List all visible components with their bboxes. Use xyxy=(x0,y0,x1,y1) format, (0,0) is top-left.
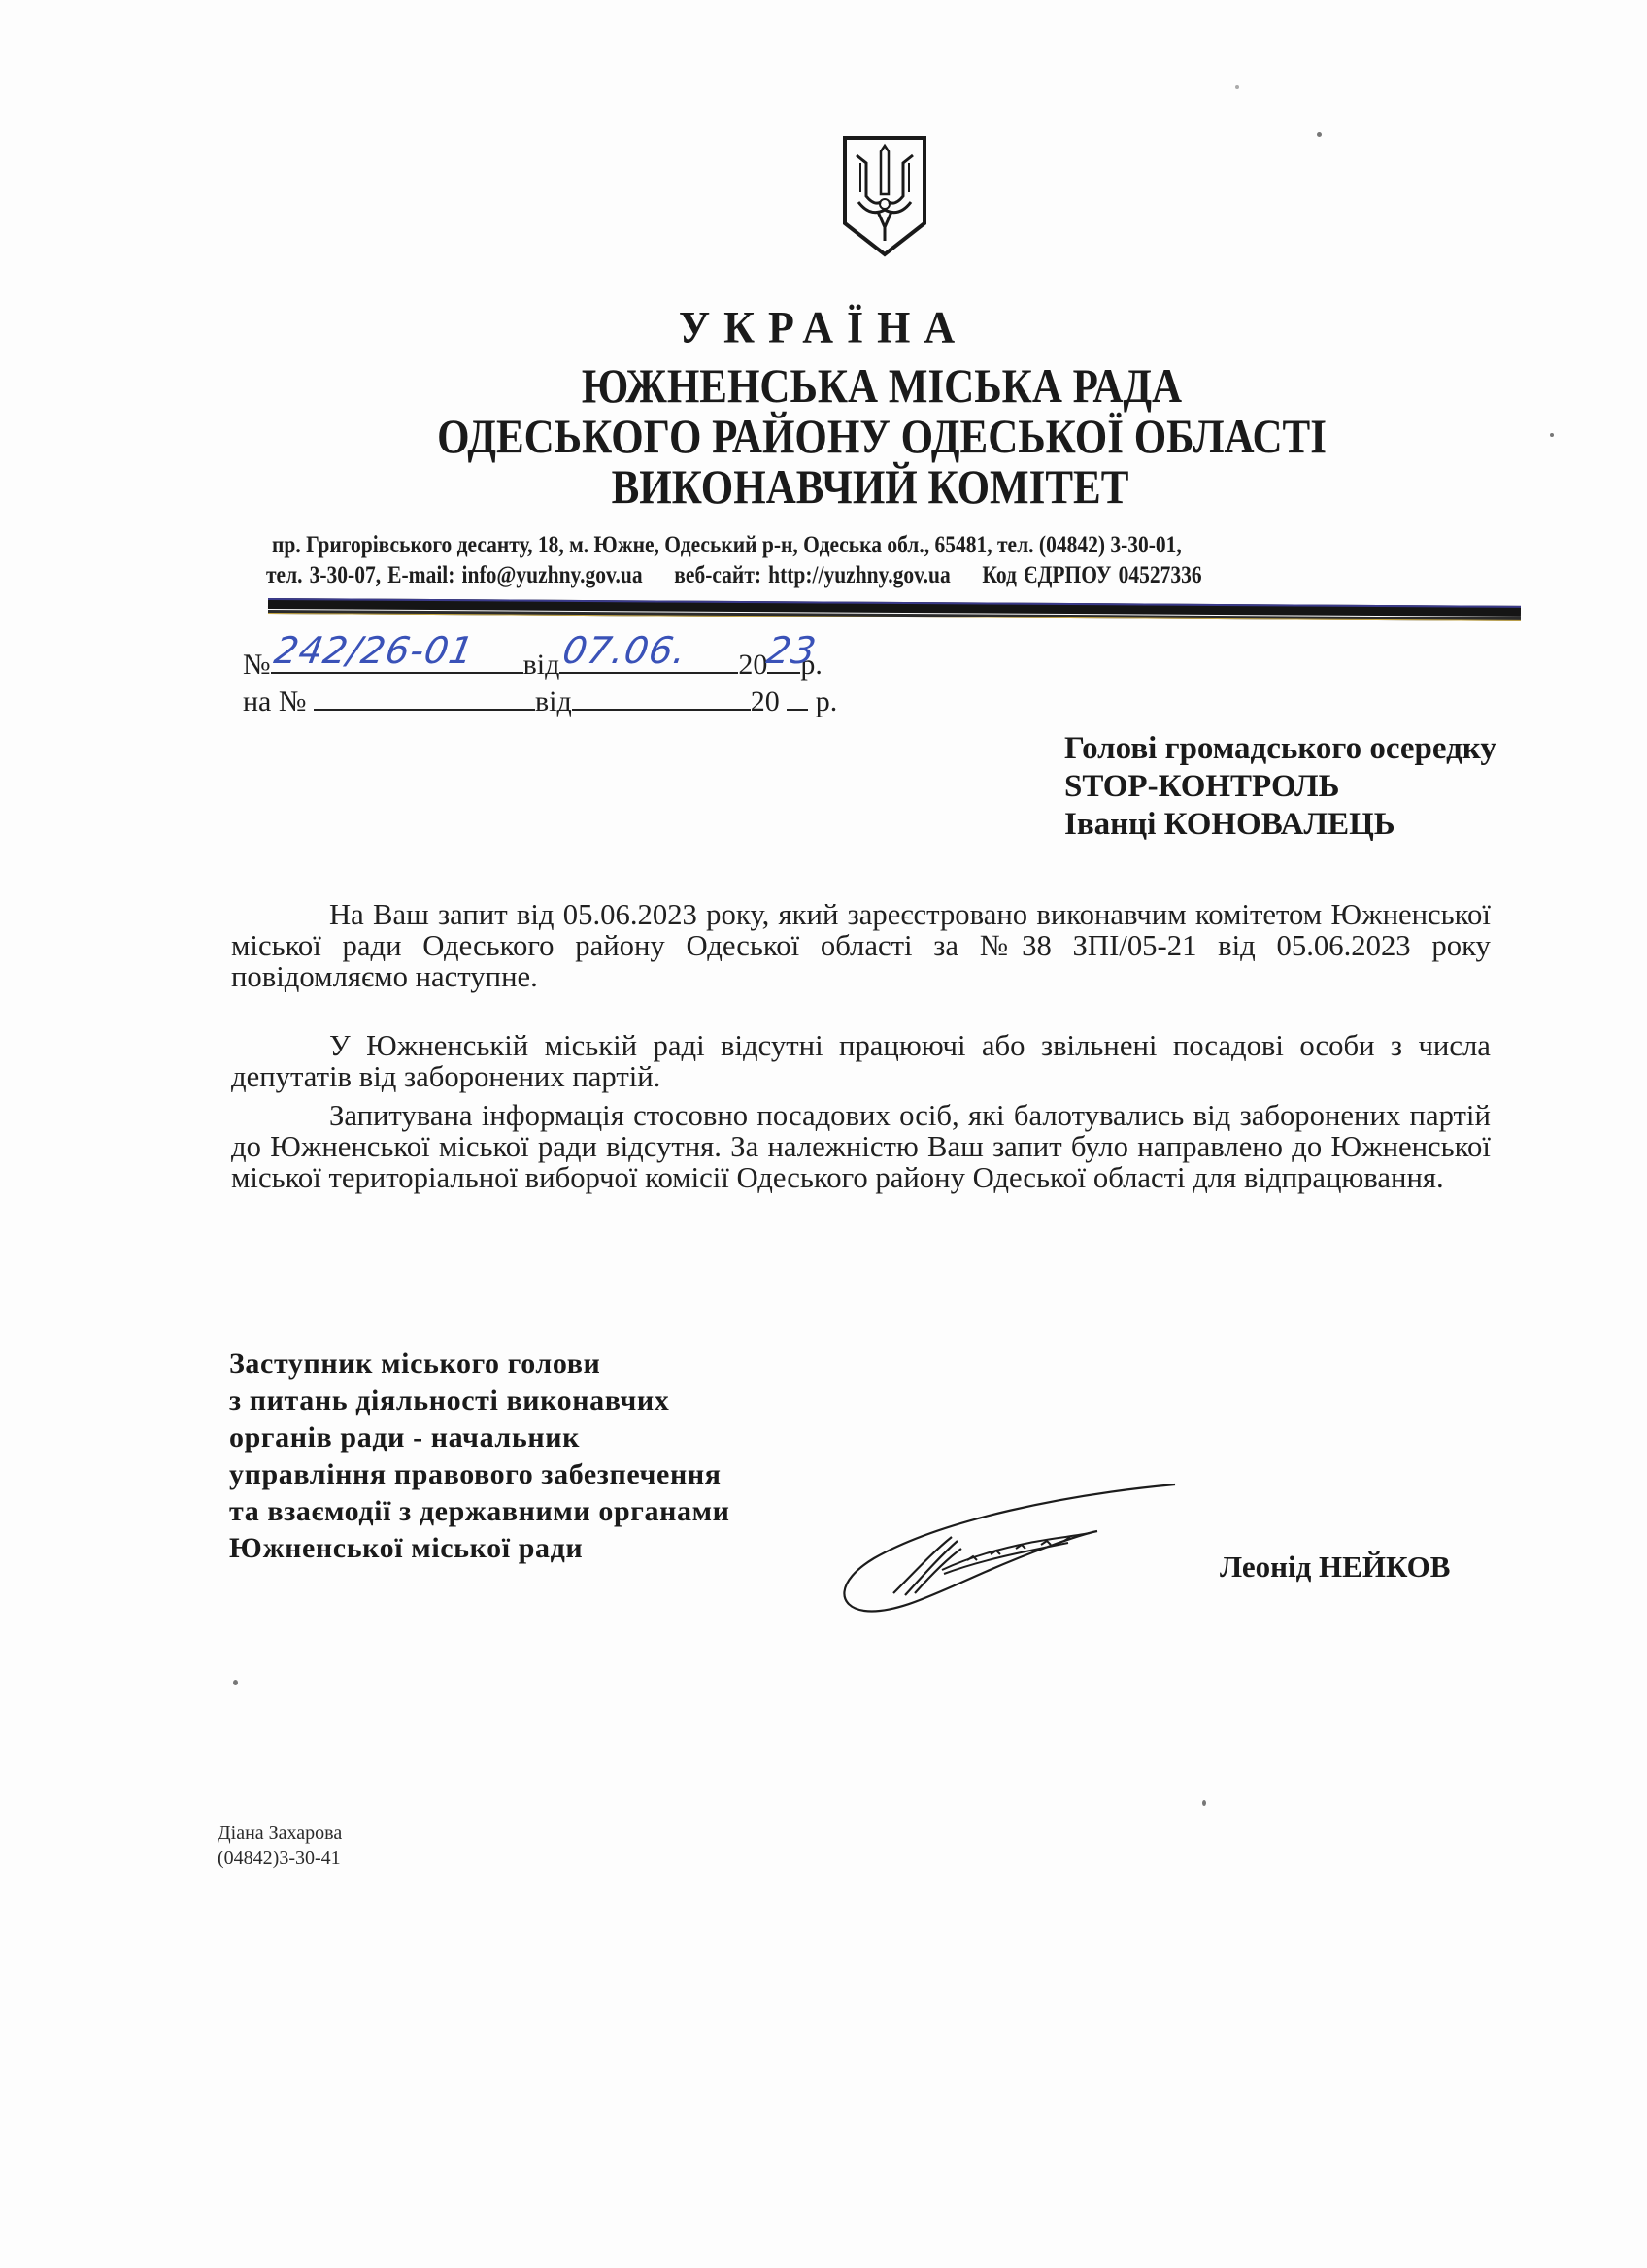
incoming-reference-line: на № від20 р. xyxy=(243,680,837,718)
registration-year-field: 23 xyxy=(767,643,800,674)
signatory-position-line: органів ради - начальник xyxy=(229,1419,730,1456)
recipient-organization: STOP-КОНТРОЛЬ xyxy=(1064,768,1496,806)
reply-number-field xyxy=(314,680,535,711)
letterhead-phone-email: тел. 3-30-07, E-mail: info@yuzhny.gov.ua xyxy=(266,562,643,588)
number-label: № xyxy=(243,649,271,681)
letterhead-edrpou-code: Код ЄДРПОУ 04527336 xyxy=(982,562,1201,588)
body-paragraph-text: На Ваш запит від 05.06.2023 року, який з… xyxy=(231,899,1491,992)
reply-year-field xyxy=(787,680,808,711)
registration-date-field: 07.06. xyxy=(559,643,738,674)
letter-page: УКРАЇНА ЮЖНЕНСЬКА МІСЬКА РАДА ОДЕСЬКОГО … xyxy=(0,0,1647,2268)
body-paragraph-text: У Южненській міській раді відсутні працю… xyxy=(231,1030,1491,1092)
body-paragraph: Запитувана інформація стосовно посадових… xyxy=(231,1100,1491,1193)
letterhead-country: УКРАЇНА xyxy=(0,302,1647,354)
recipient-block: Голові громадського осередку STOP-КОНТРО… xyxy=(1064,730,1496,844)
year-prefix: 20 xyxy=(738,649,767,681)
reply-year-prefix: 20 xyxy=(751,685,780,717)
signatory-position-line: з питань діяльності виконавчих xyxy=(229,1383,730,1419)
ukraine-trident-coat-of-arms-icon xyxy=(841,134,928,258)
scan-speck xyxy=(1317,132,1322,137)
executor-phone: (04842)3-30-41 xyxy=(218,1846,342,1871)
reply-date-field xyxy=(572,680,751,711)
reply-from-label: від xyxy=(535,685,572,717)
recipient-position: Голові громадського осередку xyxy=(1064,730,1496,768)
outgoing-registration-line: №242/26-01від07.06.2023р. xyxy=(243,643,823,682)
reply-year-suffix: р. xyxy=(816,685,838,717)
scan-speck xyxy=(1202,1800,1206,1806)
executor-block: Діана Захарова (04842)3-30-41 xyxy=(218,1820,342,1871)
registration-date-handwritten: 07.06. xyxy=(560,629,691,672)
recipient-name: Іванці КОНОВАЛЕЦЬ xyxy=(1064,806,1496,844)
scan-speck xyxy=(1550,433,1554,437)
body-paragraph: У Южненській міській раді відсутні працю… xyxy=(231,1030,1491,1092)
reply-number-label: на № xyxy=(243,685,307,717)
handwritten-signature-icon xyxy=(835,1481,1185,1621)
registration-number-field: 242/26-01 xyxy=(271,643,523,674)
signatory-position-line: управління правового забезпечення xyxy=(229,1456,730,1493)
signatory-position-line: Южненської міської ради xyxy=(229,1530,730,1567)
letterhead-address: пр. Григорівського десанту, 18, м. Южне,… xyxy=(272,532,1182,559)
executor-name: Діана Захарова xyxy=(218,1820,342,1846)
signatory-position: Заступник міського голови з питань діяль… xyxy=(229,1346,730,1567)
letterhead-committee: ВИКОНАВЧИЙ КОМІТЕТ xyxy=(162,458,1579,515)
scan-speck xyxy=(1235,85,1239,89)
scan-speck xyxy=(233,1680,238,1685)
body-paragraph: На Ваш запит від 05.06.2023 року, який з… xyxy=(231,899,1491,992)
letterhead-council: ЮЖНЕНСЬКА МІСЬКА РАДА xyxy=(174,357,1591,414)
signatory-name: Леонід НЕЙКОВ xyxy=(1220,1550,1450,1584)
from-label: від xyxy=(523,649,560,681)
body-paragraph-text: Запитувана інформація стосовно посадових… xyxy=(231,1100,1491,1193)
signatory-position-line: та взаємодії з державними органами xyxy=(229,1493,730,1530)
letterhead-contacts: тел. 3-30-07, E-mail: info@yuzhny.gov.ua… xyxy=(266,562,1202,589)
letterhead-website: веб-сайт: http://yuzhny.gov.ua xyxy=(674,562,950,588)
signatory-position-line: Заступник міського голови xyxy=(229,1346,730,1383)
registration-number-handwritten: 242/26-01 xyxy=(271,629,478,672)
registration-year-handwritten: 23 xyxy=(764,629,821,672)
letterhead-district: ОДЕСЬКОГО РАЙОНУ ОДЕСЬКОЇ ОБЛАСТІ xyxy=(174,408,1591,464)
